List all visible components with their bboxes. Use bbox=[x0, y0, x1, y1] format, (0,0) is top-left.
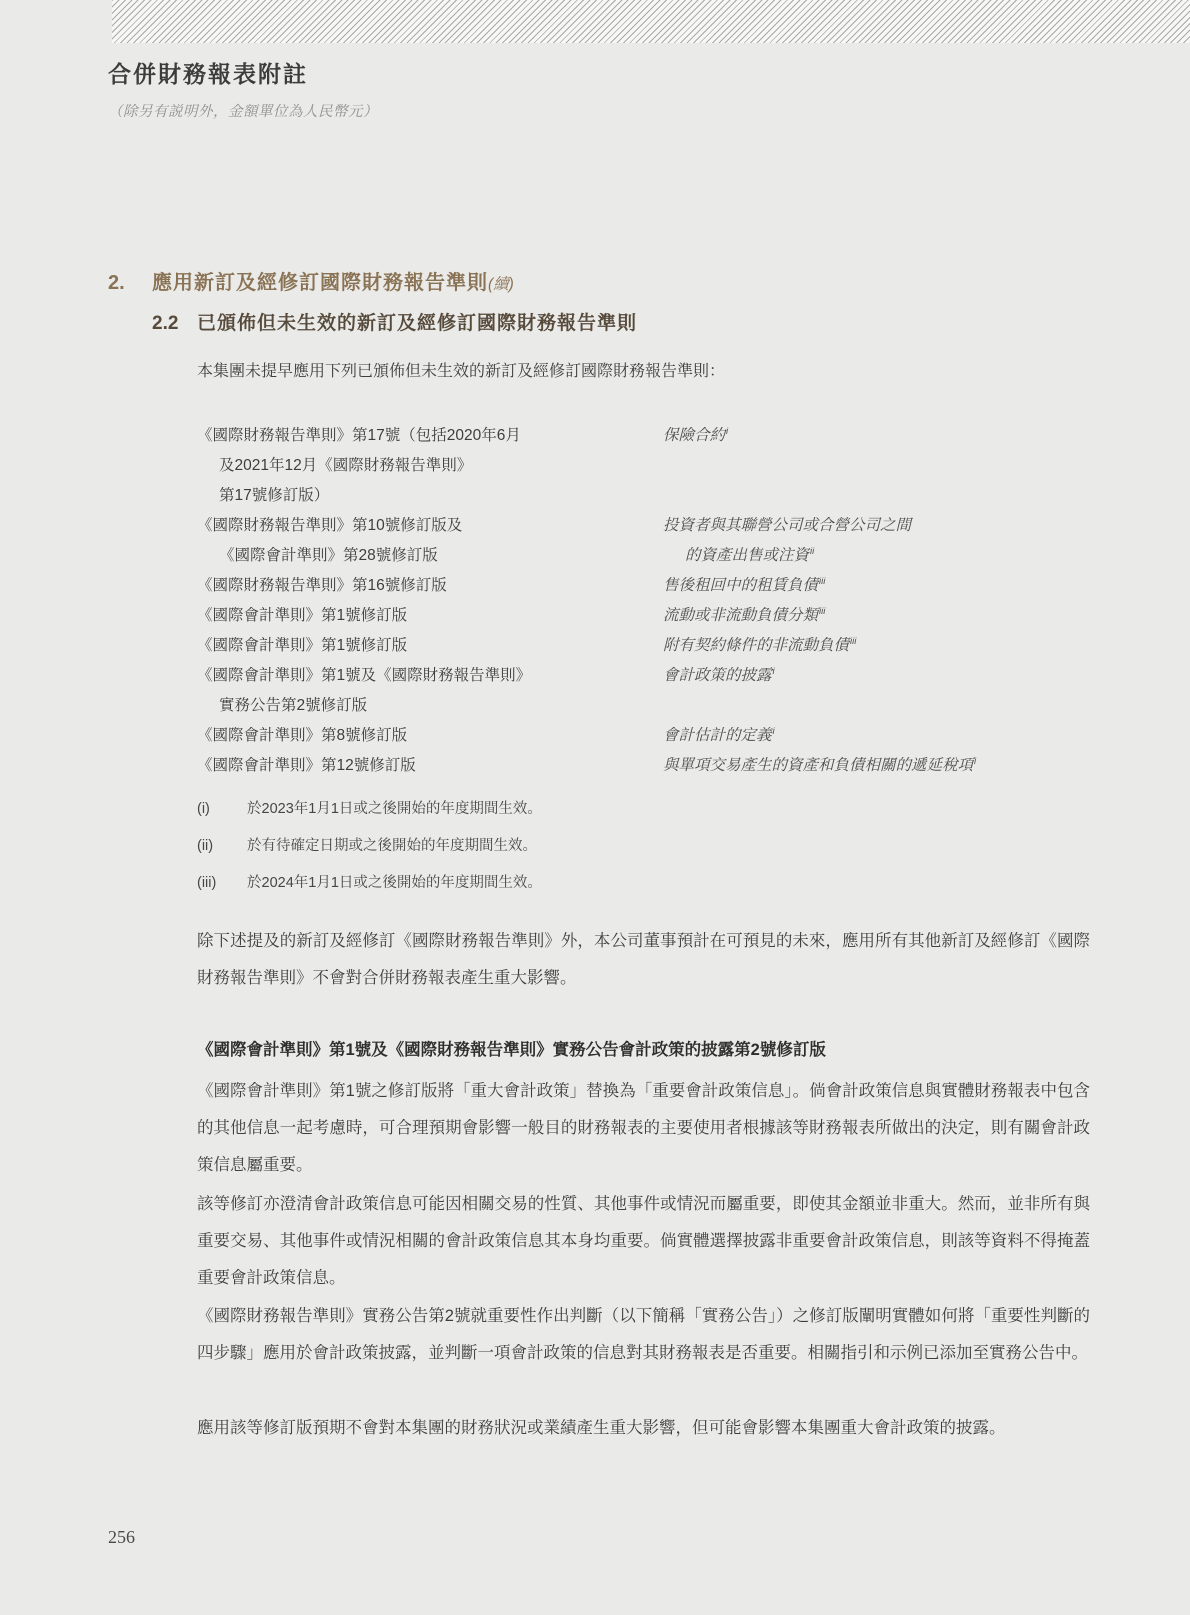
standard-name: 《國際會計準則》第1號修訂版 bbox=[197, 601, 663, 631]
standard-subject: 售後租回中的租賃負債iii bbox=[663, 571, 1092, 601]
footnote-reference: i bbox=[773, 726, 775, 737]
section-title: 應用新訂及經修訂國際財務報告準則 bbox=[152, 272, 488, 294]
standard-name-line: 《國際會計準則》第28號修訂版 bbox=[197, 541, 663, 571]
standard-name: 《國際會計準則》第1號及《國際財務報告準則》實務公告第2號修訂版 bbox=[197, 661, 663, 721]
no-impact-paragraph: 除下述提及的新訂及經修訂《國際財務報告準則》外，本公司董事預計在可預見的未來，應… bbox=[197, 923, 1090, 997]
standard-name-line: 《國際會計準則》第1號及《國際財務報告準則》 bbox=[197, 661, 663, 691]
footnote-item: (ii)於有待確定日期或之後開始的年度期間生效。 bbox=[197, 836, 542, 857]
footnote-reference: i bbox=[974, 756, 976, 767]
standard-name-line: 《國際財務報告準則》第16號修訂版 bbox=[197, 571, 663, 601]
standard-subject-line: 會計估計的定義i bbox=[663, 721, 1092, 751]
section-continued-mark: (續) bbox=[488, 276, 514, 293]
standards-list: 《國際財務報告準則》第17號（包括2020年6月及2021年12月《國際財務報告… bbox=[197, 421, 1092, 781]
body-paragraph-1: 《國際會計準則》第1號之修訂版將「重大會計政策」替換為「重要會計政策信息」。倘會… bbox=[197, 1073, 1090, 1184]
standard-name-line: 《國際會計準則》第1號修訂版 bbox=[197, 631, 663, 661]
amendments-heading: 《國際會計準則》第1號及《國際財務報告準則》實務公告會計政策的披露第2號修訂版 bbox=[197, 1036, 826, 1060]
section-heading: 2.應用新訂及經修訂國際財務報告準則(續) bbox=[108, 266, 514, 295]
footnote-reference: iii bbox=[819, 606, 825, 617]
footnote-reference: i bbox=[773, 666, 775, 677]
footnote-marker: (i) bbox=[197, 799, 247, 820]
standard-name-line: 《國際會計準則》第12號修訂版 bbox=[197, 751, 663, 781]
standard-subject: 與單項交易產生的資產和負債相關的遞延稅項i bbox=[663, 751, 1092, 781]
body-paragraph-2: 該等修訂亦澄清會計政策信息可能因相關交易的性質、其他事件或情況而屬重要，即使其金… bbox=[197, 1186, 1090, 1297]
standard-subject-line: 與單項交易產生的資產和負債相關的遞延稅項i bbox=[663, 751, 1092, 781]
standard-name: 《國際會計準則》第8號修訂版 bbox=[197, 721, 663, 751]
section-number: 2. bbox=[108, 272, 152, 295]
standard-row: 《國際會計準則》第1號修訂版流動或非流動負債分類iii bbox=[197, 601, 1092, 631]
footnote-reference: ii bbox=[810, 546, 814, 557]
footnote-text: 於有待確定日期或之後開始的年度期間生效。 bbox=[247, 838, 537, 854]
subsection-heading: 2.2已頒佈但未生效的新訂及經修訂國際財務報告準則 bbox=[152, 308, 637, 335]
footnote-text: 於2024年1月1日或之後開始的年度期間生效。 bbox=[247, 875, 542, 891]
subsection-number: 2.2 bbox=[152, 313, 197, 335]
standard-subject-line: 附有契約條件的非流動負債iii bbox=[663, 631, 1092, 661]
page-title: 合併財務報表附註 bbox=[108, 56, 308, 89]
body-paragraph-4: 應用該等修訂版預期不會對本集團的財務狀況或業績產生重大影響，但可能會影響本集團重… bbox=[197, 1410, 1090, 1447]
standard-row: 《國際財務報告準則》第17號（包括2020年6月及2021年12月《國際財務報告… bbox=[197, 421, 1092, 511]
intro-paragraph: 本集團未提早應用下列已頒佈但未生效的新訂及經修訂國際財務報告準則： bbox=[197, 358, 725, 381]
standard-row: 《國際財務報告準則》第10號修訂版及《國際會計準則》第28號修訂版投資者與其聯營… bbox=[197, 511, 1092, 571]
footnote-reference: iii bbox=[819, 576, 825, 587]
standard-name-line: 《國際會計準則》第8號修訂版 bbox=[197, 721, 663, 751]
standard-name-line: 及2021年12月《國際財務報告準則》 bbox=[197, 451, 663, 481]
standard-subject-line: 投資者與其聯營公司或合營公司之間 bbox=[663, 511, 1092, 541]
standard-subject: 會計估計的定義i bbox=[663, 721, 1092, 751]
standard-name-line: 《國際會計準則》第1號修訂版 bbox=[197, 601, 663, 631]
standard-name: 《國際財務報告準則》第10號修訂版及《國際會計準則》第28號修訂版 bbox=[197, 511, 663, 571]
standard-row: 《國際財務報告準則》第16號修訂版售後租回中的租賃負債iii bbox=[197, 571, 1092, 601]
standard-subject-line: 保險合約i bbox=[663, 421, 1092, 451]
standard-row: 《國際會計準則》第1號及《國際財務報告準則》實務公告第2號修訂版會計政策的披露i bbox=[197, 661, 1092, 721]
page-subtitle: （除另有説明外，金額單位為人民幣元） bbox=[108, 100, 378, 121]
standard-subject-line: 的資產出售或注資ii bbox=[663, 541, 1092, 571]
standard-row: 《國際會計準則》第1號修訂版附有契約條件的非流動負債iii bbox=[197, 631, 1092, 661]
footnotes-list: (i)於2023年1月1日或之後開始的年度期間生效。(ii)於有待確定日期或之後… bbox=[197, 799, 542, 910]
standard-subject: 流動或非流動負債分類iii bbox=[663, 601, 1092, 631]
footnote-marker: (iii) bbox=[197, 873, 247, 894]
subsection-title: 已頒佈但未生效的新訂及經修訂國際財務報告準則 bbox=[197, 313, 637, 334]
footnote-text: 於2023年1月1日或之後開始的年度期間生效。 bbox=[247, 801, 542, 817]
page-number: 256 bbox=[108, 1527, 135, 1548]
standard-name: 《國際會計準則》第12號修訂版 bbox=[197, 751, 663, 781]
standard-name-line: 實務公告第2號修訂版 bbox=[197, 691, 663, 721]
standard-subject: 附有契約條件的非流動負債iii bbox=[663, 631, 1092, 661]
standard-name-line: 第17號修訂版） bbox=[197, 481, 663, 511]
standard-subject: 保險合約i bbox=[663, 421, 1092, 451]
standard-subject-line: 售後租回中的租賃負債iii bbox=[663, 571, 1092, 601]
standard-name: 《國際會計準則》第1號修訂版 bbox=[197, 631, 663, 661]
standard-subject: 會計政策的披露i bbox=[663, 661, 1092, 691]
standard-subject: 投資者與其聯營公司或合營公司之間的資產出售或注資ii bbox=[663, 511, 1092, 571]
footnote-reference: i bbox=[726, 426, 728, 437]
document-page: 合併財務報表附註 （除另有説明外，金額單位為人民幣元） 2.應用新訂及經修訂國際… bbox=[0, 0, 1190, 1615]
standard-name-line: 《國際財務報告準則》第17號（包括2020年6月 bbox=[197, 421, 663, 451]
standard-subject-line: 會計政策的披露i bbox=[663, 661, 1092, 691]
standard-name-line: 《國際財務報告準則》第10號修訂版及 bbox=[197, 511, 663, 541]
footnote-reference: iii bbox=[850, 636, 856, 647]
standard-name: 《國際財務報告準則》第17號（包括2020年6月及2021年12月《國際財務報告… bbox=[197, 421, 663, 511]
standard-name: 《國際財務報告準則》第16號修訂版 bbox=[197, 571, 663, 601]
footnote-item: (iii)於2024年1月1日或之後開始的年度期間生效。 bbox=[197, 873, 542, 894]
footnote-item: (i)於2023年1月1日或之後開始的年度期間生效。 bbox=[197, 799, 542, 820]
hatched-banner bbox=[112, 0, 1190, 43]
body-paragraph-3: 《國際財務報告準則》實務公告第2號就重要性作出判斷（以下簡稱「實務公告」）之修訂… bbox=[197, 1298, 1090, 1372]
standard-subject-line: 流動或非流動負債分類iii bbox=[663, 601, 1092, 631]
footnote-marker: (ii) bbox=[197, 836, 247, 857]
standard-row: 《國際會計準則》第12號修訂版與單項交易產生的資產和負債相關的遞延稅項i bbox=[197, 751, 1092, 781]
standard-row: 《國際會計準則》第8號修訂版會計估計的定義i bbox=[197, 721, 1092, 751]
